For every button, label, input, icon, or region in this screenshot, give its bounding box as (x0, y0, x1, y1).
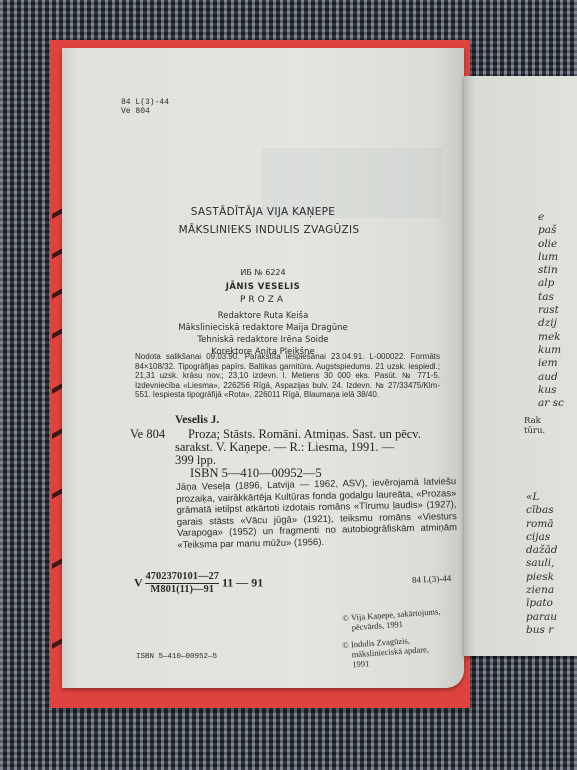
shelf-code-top: Ve 804 (121, 107, 150, 116)
right-page-fragment-mid: Rak tūru. (524, 416, 545, 436)
book-title: PROZA (62, 294, 464, 306)
right-page: e paš olie lum stin alp tas rast dzij me… (464, 76, 577, 656)
price-code-prefix: V (134, 575, 142, 589)
compiler-line: SASTĀDĪTĀJA VIJA KAŅEPE (62, 206, 464, 218)
author-name: JĀNIS VESELIS (62, 281, 464, 293)
price-code-numerator: 4702370101—27 (145, 571, 219, 584)
price-code: V 4702370101—27 M801(11)—91 11 — 91 (134, 571, 263, 596)
catalog-shelf-code: Ve 804 (130, 427, 165, 442)
annotation-text: Jāņa Veseļa (1896, Latvija — 1962, ASV),… (176, 476, 457, 551)
copyright-icon: © (342, 640, 349, 650)
catalog-heading: Veselis J. (175, 414, 219, 426)
credit-tech-editor: Tehniskā redaktore Irēna Soide (62, 334, 464, 346)
copyright-icon: © (342, 613, 349, 623)
credit-art-editor: Mākslinieciskā redaktore Maija Dragūne (62, 322, 464, 334)
price-code-denominator: M801(11)—91 (150, 584, 214, 595)
credit-editor: Redaktore Ruta Keiša (62, 310, 464, 322)
price-code-fraction: 4702370101—27 M801(11)—91 (145, 571, 219, 596)
isbn-footer: ISBN 5—410—00952—5 (136, 653, 217, 662)
class-code-top: 84 L(3)-44 (121, 98, 169, 107)
artist-line: MĀKSLINIEKS INDULIS ZVAGŪZIS (68, 224, 470, 236)
class-code-bottom: 84 L(3)-44 (412, 573, 452, 585)
price-code-suffix: 11 — 91 (222, 575, 263, 589)
right-page-fragment-bottom: «L cības romā cijas dažād sauli, piesk z… (526, 491, 558, 637)
right-page-fragment-top: e paš olie lum stin alp tas rast dzij me… (538, 211, 564, 410)
imprint-text: Nodota salikšanai 09.03.90. Parakstīta i… (135, 352, 440, 400)
ib-number: ИБ № 6224 (62, 267, 464, 279)
